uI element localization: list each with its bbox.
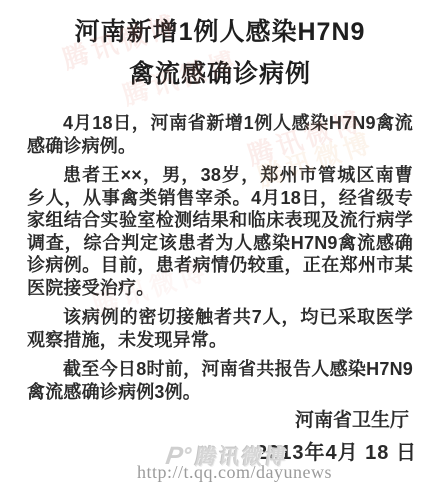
- document-body: 4月18日，河南省新增1例人感染H7N9禽流感确诊病例。 患者王××，男，38岁…: [0, 112, 440, 403]
- document-title-line1: 河南新增1例人感染H7N9: [0, 17, 440, 47]
- document-page: 腾讯微博 腾讯微博 腾讯微博 腾讯微博 腾讯微博 河南新增1例人感染H7N9 禽…: [0, 0, 440, 488]
- document-title-line2: 禽流感确诊病例: [0, 59, 440, 89]
- paragraph-4: 截至今日8时前，河南省共报告人感染H7N9禽流感确诊病例3例。: [27, 358, 413, 403]
- tencent-weibo-logo-ring-icon: [184, 447, 192, 454]
- paragraph-3: 该病例的密切接触者共7人，均已采取医学观察措施，未发现异常。: [27, 306, 413, 351]
- signature: 河南省卫生厅: [295, 405, 409, 432]
- watermark-url: http://t.qq.com/dayunews: [137, 462, 332, 483]
- paragraph-1: 4月18日，河南省新增1例人感染H7N9禽流感确诊病例。: [27, 112, 413, 157]
- paragraph-2: 患者王××，男，38岁，郑州市管城区南曹乡人，从事禽类销售宰杀。4月18日，经省…: [27, 164, 413, 299]
